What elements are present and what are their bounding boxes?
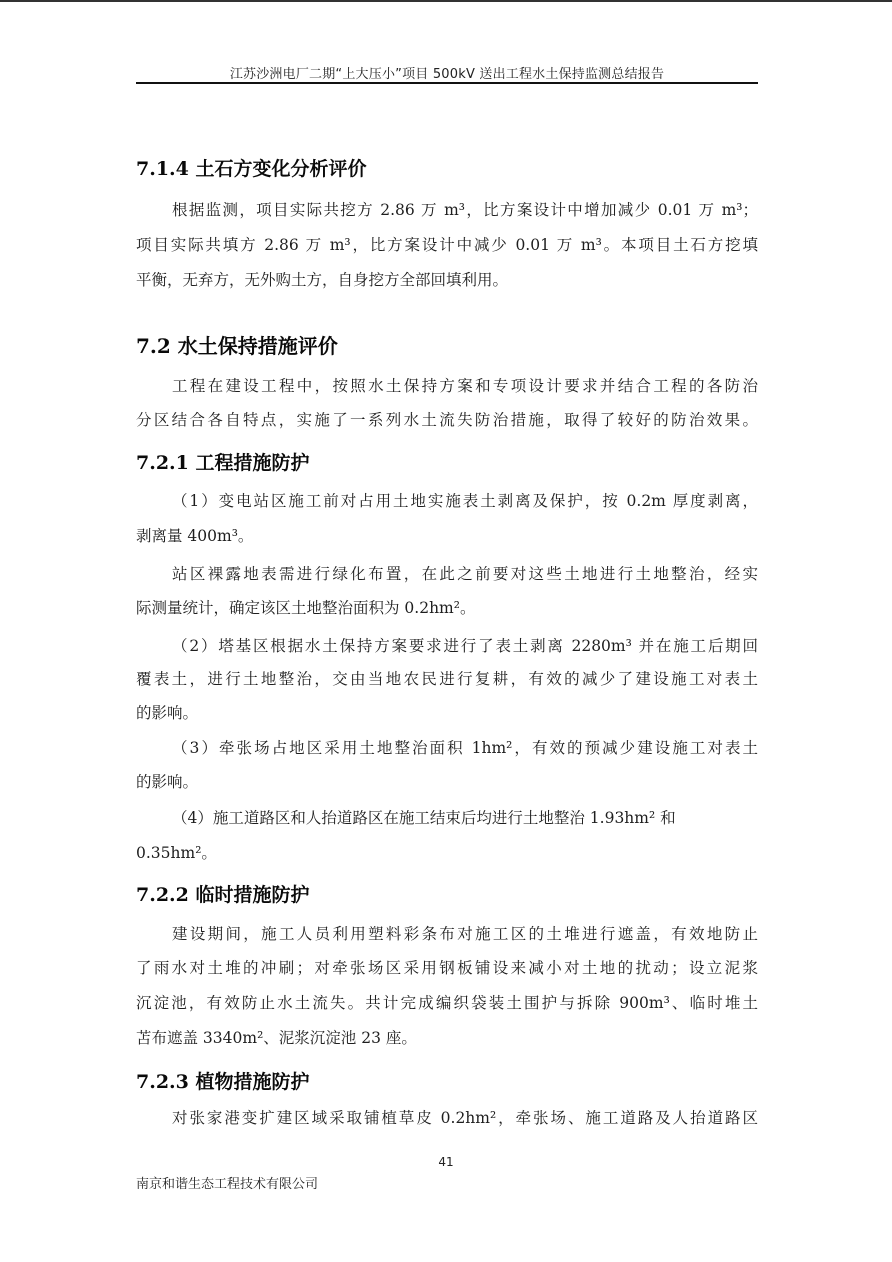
paragraph-line: 苫布遮盖 3340m²、泥浆沉淀池 23 座。 (136, 1026, 417, 1048)
section-heading-7-2-1: 7.2.1 工程措施防护 (136, 448, 310, 475)
section-heading-7-2-2: 7.2.2 临时措施防护 (136, 880, 310, 907)
paragraph-line: 对张家港变扩建区域采取铺植草皮 0.2hm²，牵张场、施工道路及人抬道路区 (172, 1106, 758, 1128)
header-divider (136, 82, 758, 84)
paragraph-line: 的影响。 (136, 770, 198, 792)
paragraph-line: 沉淀池，有效防止水土流失。共计完成编织袋装土围护与拆除 900m³、临时堆土 (136, 991, 758, 1013)
paragraph-line: 项目实际共填方 2.86 万 m³，比方案设计中减少 0.01 万 m³。本项目… (136, 233, 758, 255)
section-heading-7-2: 7.2 水土保持措施评价 (136, 330, 338, 359)
paragraph-line: 分区结合各自特点，实施了一系列水土流失防治措施，取得了较好的防治效果。 (136, 408, 758, 430)
paragraph-line: （4）施工道路区和人抬道路区在施工结束后均进行土地整治 1.93hm² 和 (172, 806, 676, 828)
running-header-title: 江苏沙洲电厂二期“上大压小”项目 500kV 送出工程水土保持监测总结报告 (136, 63, 758, 82)
paragraph-line: 0.35hm²。 (136, 841, 217, 863)
section-heading-7-1-4: 7.1.4 土石方变化分析评价 (136, 154, 367, 181)
document-page: 江苏沙洲电厂二期“上大压小”项目 500kV 送出工程水土保持监测总结报告 7.… (0, 0, 892, 1262)
paragraph-line: 平衡，无弃方，无外购土方，自身挖方全部回填利用。 (136, 268, 508, 290)
paragraph-line: 了雨水对土堆的冲刷；对牵张场区采用钢板铺设来减小对土地的扰动；设立泥浆 (136, 956, 758, 978)
paragraph-line: 际测量统计，确定该区土地整治面积为 0.2hm²。 (136, 596, 475, 618)
paragraph-line: 的影响。 (136, 701, 198, 723)
page-top-border (0, 0, 892, 2)
paragraph-line: （1）变电站区施工前对占用土地实施表土剥离及保护，按 0.2m 厚度剥离， (172, 489, 758, 511)
paragraph-line: 剥离量 400m³。 (136, 524, 253, 546)
paragraph-line: 站区裸露地表需进行绿化布置，在此之前要对这些土地进行土地整治，经实 (172, 562, 758, 584)
paragraph-line: 建设期间，施工人员利用塑料彩条布对施工区的土堆进行遮盖，有效地防止 (172, 922, 758, 944)
paragraph-line: （2）塔基区根据水土保持方案要求进行了表土剥离 2280m³ 并在施工后期回 (172, 634, 758, 656)
footer-company-name: 南京和谐生态工程技术有限公司 (136, 1173, 318, 1192)
paragraph-line: 根据监测，项目实际共挖方 2.86 万 m³，比方案设计中增加减少 0.01 万… (172, 198, 758, 220)
page-number: 41 (0, 1155, 892, 1169)
paragraph-line: （3）牵张场占地区采用土地整治面积 1hm²，有效的预减少建设施工对表土 (172, 736, 758, 758)
section-heading-7-2-3: 7.2.3 植物措施防护 (136, 1067, 310, 1094)
paragraph-line: 工程在建设工程中，按照水土保持方案和专项设计要求并结合工程的各防治 (172, 374, 758, 396)
paragraph-line: 覆表土，进行土地整治，交由当地农民进行复耕，有效的减少了建设施工对表土 (136, 667, 758, 689)
